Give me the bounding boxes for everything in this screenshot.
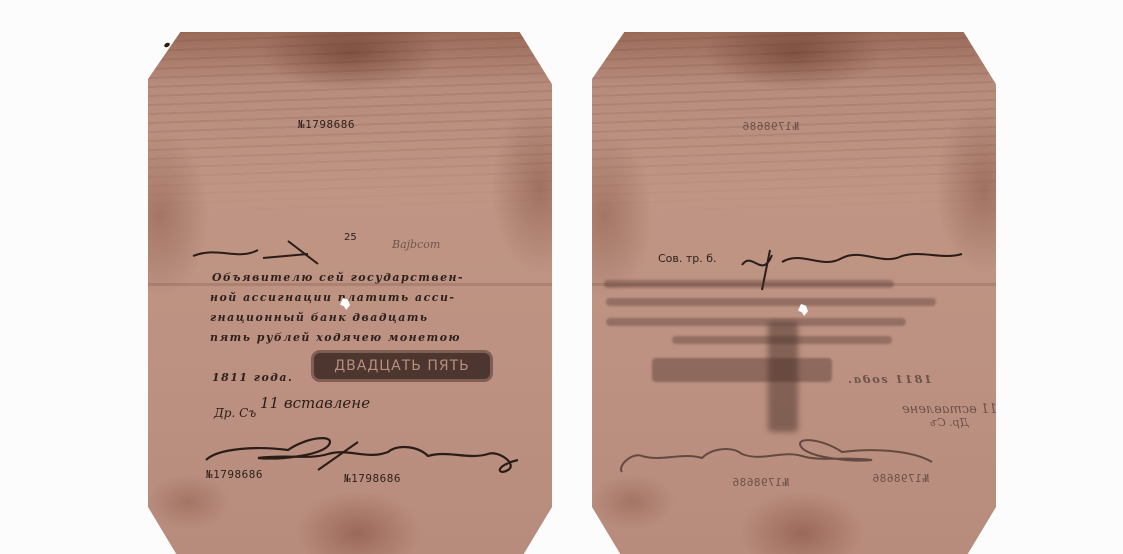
mirrored-serial-left: №1798686 bbox=[732, 476, 789, 489]
serial-bottom-right: №1798686 bbox=[344, 472, 401, 485]
banknote-back: №1798686 Сов. тр. б. Ш. Гринберг 1811 го… bbox=[592, 32, 996, 554]
denomination-stamp: ДВАДЦАТЬ ПЯТЬ bbox=[314, 353, 490, 379]
bleed-through-line bbox=[606, 318, 906, 326]
year-text: 1811 года. bbox=[212, 370, 293, 384]
signature-label: Др. Съ bbox=[214, 406, 256, 420]
handwritten-flourish-top bbox=[188, 236, 358, 266]
mirrored-handwritten-note: 11 вставлене bbox=[902, 402, 996, 417]
mirrored-label: Др. Съ bbox=[930, 416, 969, 429]
handwritten-note: 11 вставлене bbox=[260, 394, 370, 412]
text-line-1: Объявителю сей государствен- bbox=[212, 270, 464, 284]
mirrored-year: 1811 года. bbox=[846, 372, 932, 386]
serial-number-top: №1798686 bbox=[298, 118, 355, 131]
handwritten-top-right: Bajbcom bbox=[392, 238, 440, 251]
counter-signature-label: Сов. тр. б. bbox=[658, 252, 717, 265]
ink-stain bbox=[768, 322, 798, 432]
bleed-through-line bbox=[604, 280, 894, 288]
bleed-through-line bbox=[606, 298, 936, 306]
text-line-2: ной ассигнации платить асси- bbox=[210, 290, 456, 304]
banknote-front: №1798686 25 Bajbcom Объявителю сей госуд… bbox=[148, 32, 552, 554]
mirrored-serial-right: №1798686 bbox=[872, 472, 929, 485]
text-line-4: пять рублей ходячею монетою bbox=[210, 330, 461, 344]
mirrored-stamp-bleed bbox=[652, 358, 832, 382]
mirrored-serial-top: №1798686 bbox=[742, 120, 799, 133]
ink-speck bbox=[163, 42, 170, 48]
serial-bottom-left: №1798686 bbox=[206, 468, 263, 481]
text-line-3: гнационный банк двадцать bbox=[210, 310, 429, 324]
